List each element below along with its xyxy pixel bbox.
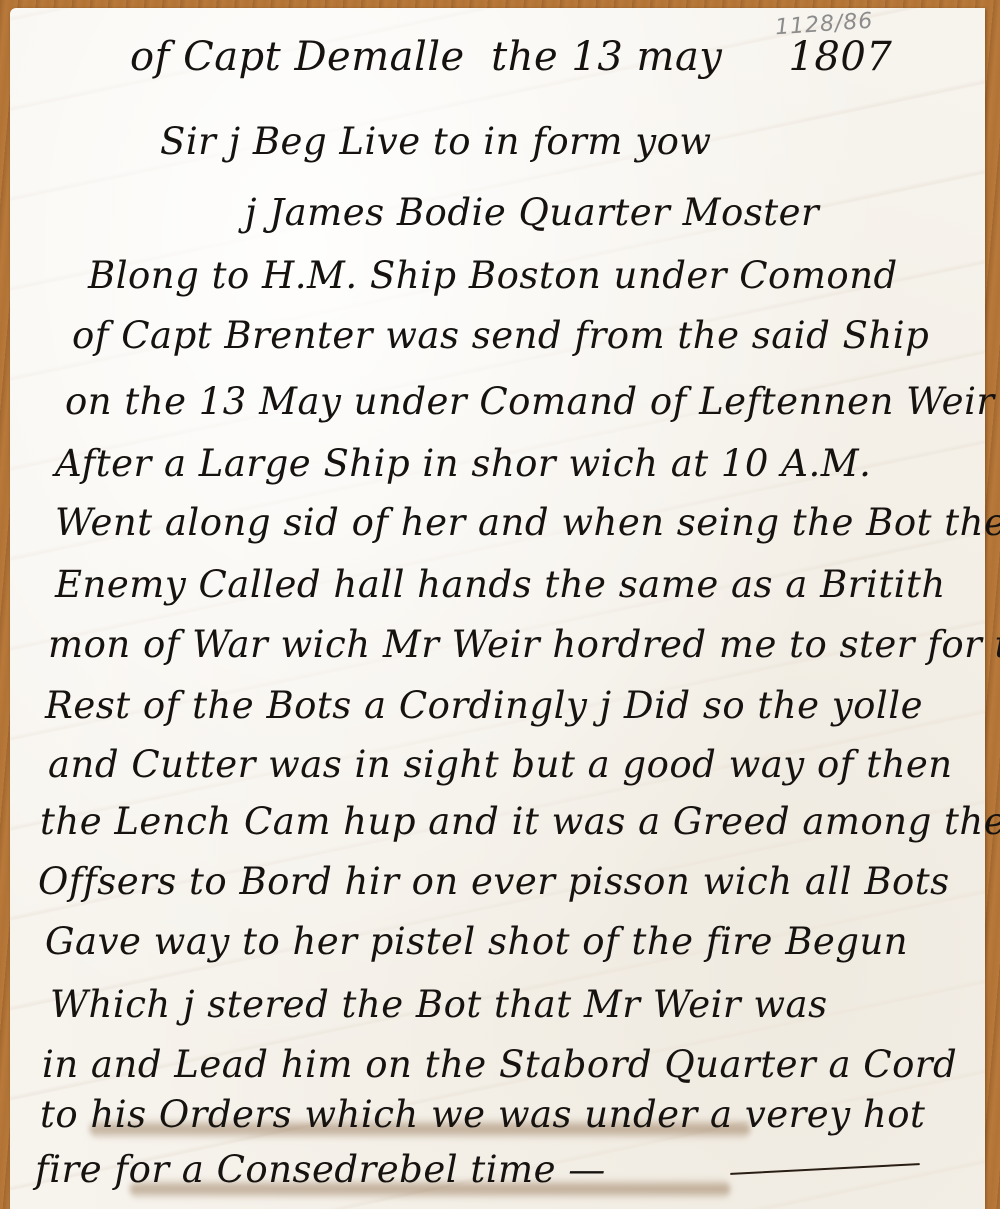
body-line-12: Offsers to Bord hir on ever pisson wich … — [38, 860, 950, 903]
header-year: 1807 — [788, 34, 892, 80]
body-line-14: Which j stered the Bot that Mr Weir was — [50, 983, 828, 1026]
body-line-13: Gave way to her pistel shot of the fire … — [45, 920, 908, 963]
body-line-6: Went along sid of her and when seing the… — [55, 501, 1000, 544]
letter-salutation: Sir j Beg Live to in form yow — [160, 120, 712, 163]
letter-paper: 1128/86 of Capt Demalle the 13 may 1807 … — [10, 8, 985, 1209]
body-line-9: Rest of the Bots a Cordingly j Did so th… — [45, 684, 923, 727]
body-line-17: fire for a Consedrebel time — — [35, 1148, 606, 1191]
body-line-2: Blong to H.M. Ship Boston under Comond — [88, 254, 898, 297]
body-line-5: After a Large Ship in shor wich at 10 A.… — [55, 442, 871, 485]
closing-flourish-line — [730, 1163, 920, 1175]
body-line-1: j James Bodie Quarter Moster — [245, 191, 819, 234]
letter-header: of Capt Demalle the 13 may 1807 — [130, 34, 892, 80]
body-line-15: in and Lead him on the Stabord Quarter a… — [42, 1043, 957, 1086]
body-line-10: and Cutter was in sight but a good way o… — [48, 743, 953, 786]
header-date: the 13 may — [491, 34, 722, 80]
body-line-11: the Lench Cam hup and it was a Greed amo… — [40, 800, 1000, 843]
body-line-4: on the 13 May under Comand of Leftennen … — [65, 380, 995, 423]
body-line-3: of Capt Brenter was send from the said S… — [72, 314, 929, 357]
body-line-7: Enemy Called hall hands the same as a Br… — [55, 563, 946, 606]
body-line-8: mon of War wich Mr Weir hordred me to st… — [48, 623, 1000, 666]
body-line-16: to his Orders which we was under a verey… — [40, 1093, 925, 1136]
header-from: of Capt Demalle — [130, 34, 465, 80]
